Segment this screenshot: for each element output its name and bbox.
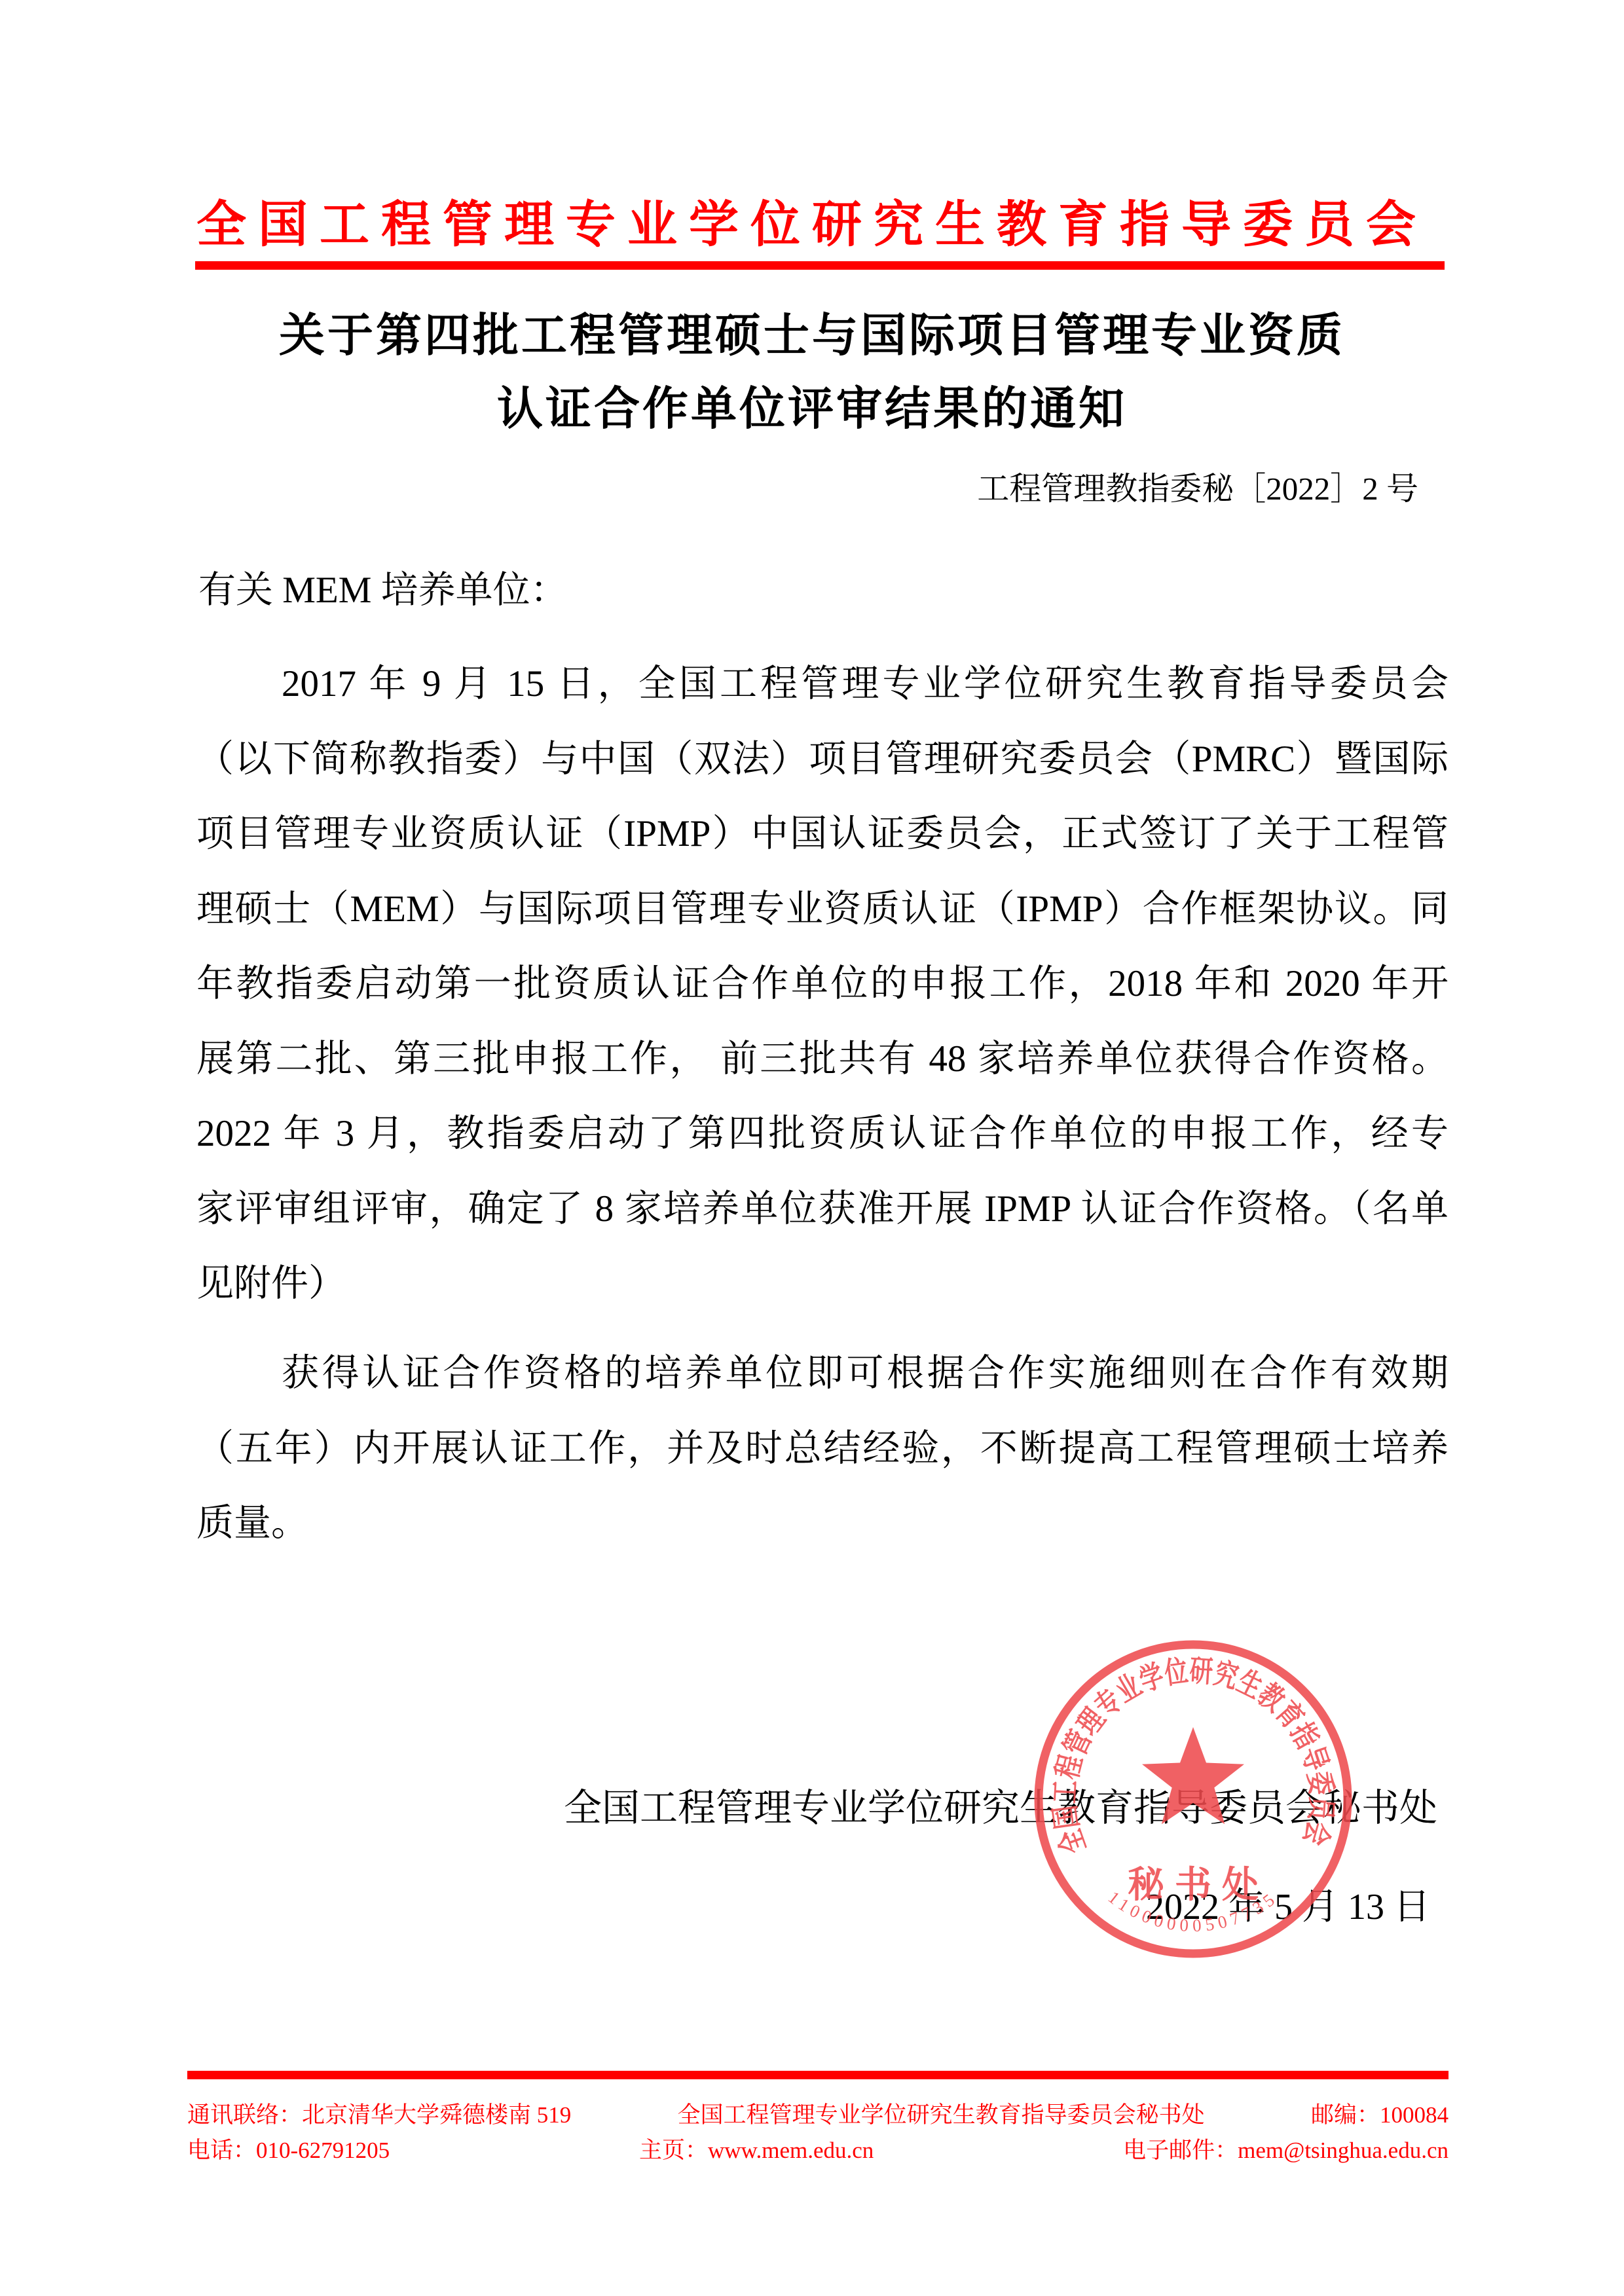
body-line: 2022 年 3 月，教指委启动了第四批资质认证合作单位的申报工作，经专 — [196, 1097, 1449, 1172]
notice-title: 关于第四批工程管理硕士与国际项目管理专业资质 认证合作单位评审结果的通知 — [183, 300, 1441, 446]
body-line: 项目管理专业资质认证（IPMP）中国认证委员会，正式签订了关于工程管 — [196, 797, 1449, 872]
body-line: 获得认证合作资格的培养单位即可根据合作实施细则在合作有效期 — [196, 1336, 1449, 1412]
footer-phone: 电话：010-62791205 — [187, 2134, 390, 2167]
footer-line-2: 电话：010-62791205 主页：www.mem.edu.cn 电子邮件：m… — [187, 2134, 1449, 2167]
body-line: 2017 年 9 月 15 日，全国工程管理专业学位研究生教育指导委员会 — [196, 647, 1449, 722]
body-line: （五年）内开展认证工作，并及时总结经验，不断提高工程管理硕士培养 — [196, 1412, 1449, 1487]
document-number: 工程管理教指委秘［2022］2 号 — [977, 458, 1418, 520]
body-line: 理硕士（MEM）与国际项目管理专业资质认证（IPMP）合作框架协议。同 — [196, 872, 1449, 947]
notice-title-line-2: 认证合作单位评审结果的通知 — [183, 373, 1441, 446]
letterhead-divider-rule — [195, 261, 1445, 270]
document-page: 全国工程管理专业学位研究生教育指导委员会 关于第四批工程管理硕士与国际项目管理专… — [0, 0, 1624, 2296]
body-line: 质量。 — [196, 1486, 1449, 1561]
letterhead-org-title: 全国工程管理专业学位研究生教育指导委员会 — [183, 194, 1441, 257]
footer-email: 电子邮件：mem@tsinghua.edu.cn — [1123, 2134, 1449, 2167]
body-paragraph-1: 2017 年 9 月 15 日，全国工程管理专业学位研究生教育指导委员会 （以下… — [196, 647, 1449, 1322]
salutation: 有关 MEM 培养单位： — [198, 553, 568, 628]
footer-line-1: 通讯联络：北京清华大学舜德楼南 519 全国工程管理专业学位研究生教育指导委员会… — [187, 2099, 1449, 2132]
body-line: 年教指委启动第一批资质认证合作单位的申报工作，2018 年和 2020 年开 — [196, 947, 1449, 1022]
seal-center-label: 秘书处 — [1128, 1865, 1269, 1906]
footer-org-name: 全国工程管理专业学位研究生教育指导委员会秘书处 — [678, 2099, 1205, 2132]
notice-title-line-1: 关于第四批工程管理硕士与国际项目管理专业资质 — [183, 300, 1441, 373]
footer-contact-address: 通讯联络：北京清华大学舜德楼南 519 — [187, 2099, 571, 2132]
official-seal: 全国工程管理专业学位研究生教育指导委员会 秘书处 11000000507735 — [1029, 1635, 1357, 1963]
body-line: （以下简称教指委）与中国（双法）项目管理研究委员会（PMRC）暨国际 — [196, 722, 1449, 797]
body-paragraph-2: 获得认证合作资格的培养单位即可根据合作实施细则在合作有效期 （五年）内开展认证工… — [196, 1336, 1449, 1561]
footer-divider-rule — [187, 2071, 1449, 2079]
seal-star-icon — [1142, 1727, 1244, 1824]
body-line: 见附件） — [196, 1247, 1449, 1322]
body-line: 展第二批、第三批申报工作， 前三批共有 48 家培养单位获得合作资格。 — [196, 1022, 1449, 1097]
footer-postcode: 邮编：100084 — [1311, 2099, 1449, 2132]
footer-homepage: 主页：www.mem.edu.cn — [639, 2134, 874, 2167]
body-line: 家评审组评审，确定了 8 家培养单位获准开展 IPMP 认证合作资格。（名单 — [196, 1172, 1449, 1247]
